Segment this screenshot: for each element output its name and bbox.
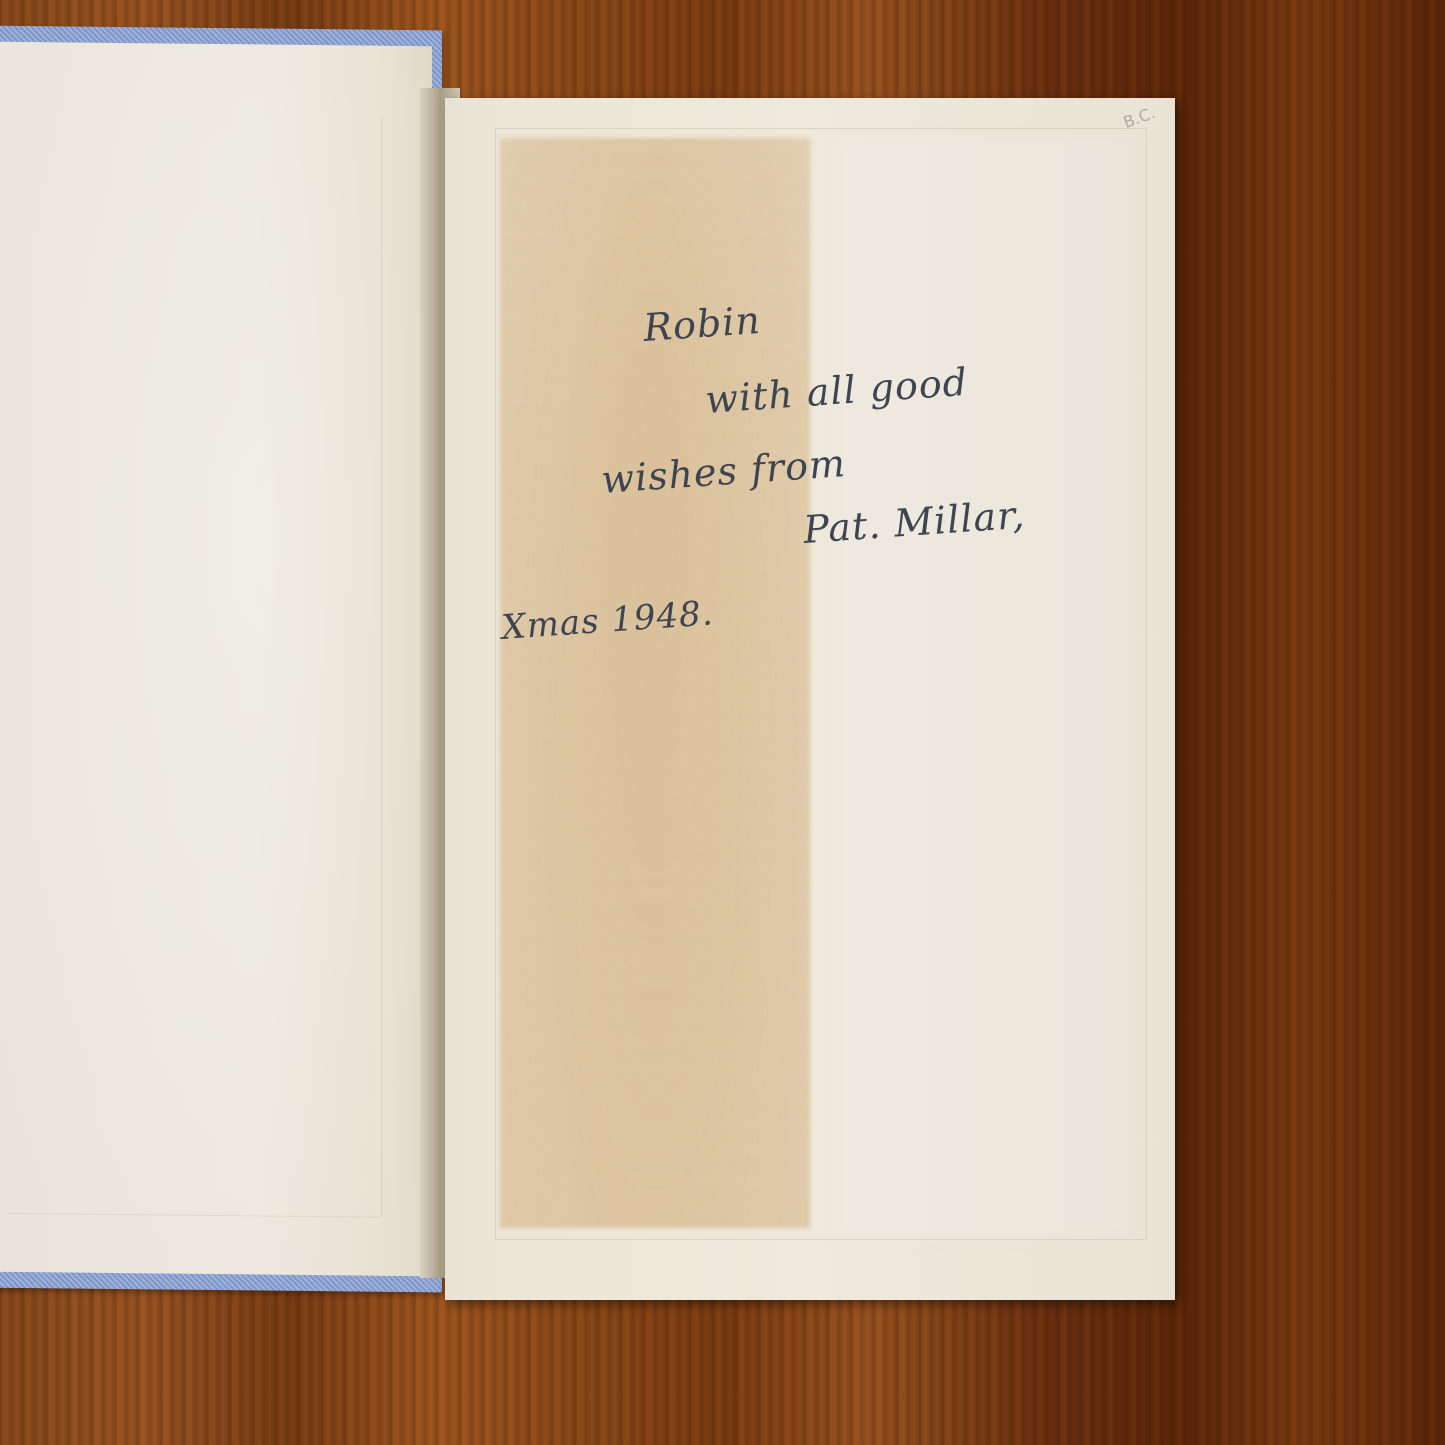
inscription-date: Xmas 1948. xyxy=(500,593,715,648)
inscription-line-3: wishes from xyxy=(600,441,847,502)
left-endpaper xyxy=(0,42,432,1277)
left-page-impression xyxy=(8,114,382,1218)
right-flyleaf: B.C. Robin with all good wishes from Pat… xyxy=(445,98,1175,1300)
handwritten-inscription: Robin with all good wishes from Pat. Mil… xyxy=(445,98,1175,1300)
inscription-signature: Pat. Millar, xyxy=(802,493,1027,552)
inscription-recipient: Robin xyxy=(642,298,762,350)
photo-scene: B.C. Robin with all good wishes from Pat… xyxy=(0,0,1445,1445)
inscription-line-2: with all good xyxy=(704,360,969,422)
